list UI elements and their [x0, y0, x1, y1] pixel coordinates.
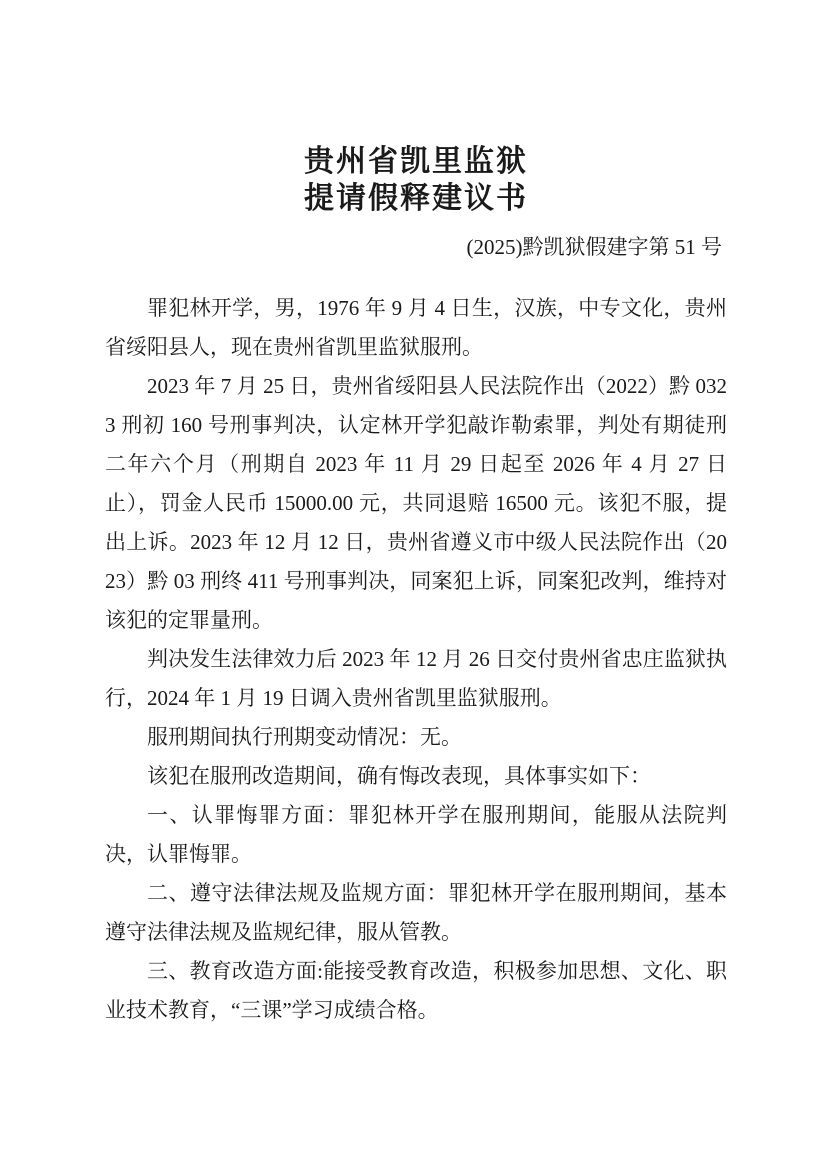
body-paragraph-offender-info: 罪犯林开学，男，1976 年 9 月 4 日生，汉族，中专文化，贵州省绥阳县人，…	[105, 289, 727, 367]
document-page: 贵州省凯里监狱 提请假释建议书 (2025)黔凯狱假建字第 51 号 罪犯林开学…	[0, 0, 827, 1169]
body-paragraph-judgment-history: 2023 年 7 月 25 日，贵州省绥阳县人民法院作出（2022）黔 0323…	[105, 367, 727, 640]
document-body: 罪犯林开学，男，1976 年 9 月 4 日生，汉族，中专文化，贵州省绥阳县人，…	[105, 289, 727, 1030]
body-paragraph-item-3-education: 三、教育改造方面:能接受教育改造，积极参加思想、文化、职业技术教育，“三课”学习…	[105, 952, 727, 1030]
document-title: 贵州省凯里监狱 提请假释建议书	[105, 143, 727, 217]
body-paragraph-item-1-guilt-admission: 一、认罪悔罪方面：罪犯林开学在服刑期间，能服从法院判决，认罪悔罪。	[105, 796, 727, 874]
body-paragraph-repentance-intro: 该犯在服刑改造期间，确有悔改表现，具体事实如下：	[105, 757, 727, 796]
document-number: (2025)黔凯狱假建字第 51 号	[105, 234, 727, 261]
title-document-type: 提请假释建议书	[105, 180, 727, 217]
body-paragraph-sentence-change: 服刑期间执行刑期变动情况：无。	[105, 718, 727, 757]
body-paragraph-transfer-history: 判决发生法律效力后 2023 年 12 月 26 日交付贵州省忠庄监狱执行，20…	[105, 640, 727, 718]
document-content: 贵州省凯里监狱 提请假释建议书 (2025)黔凯狱假建字第 51 号 罪犯林开学…	[105, 143, 727, 1030]
title-prison-name: 贵州省凯里监狱	[105, 143, 727, 180]
body-paragraph-item-2-rule-compliance: 二、遵守法律法规及监规方面：罪犯林开学在服刑期间，基本遵守法律法规及监规纪律，服…	[105, 874, 727, 952]
